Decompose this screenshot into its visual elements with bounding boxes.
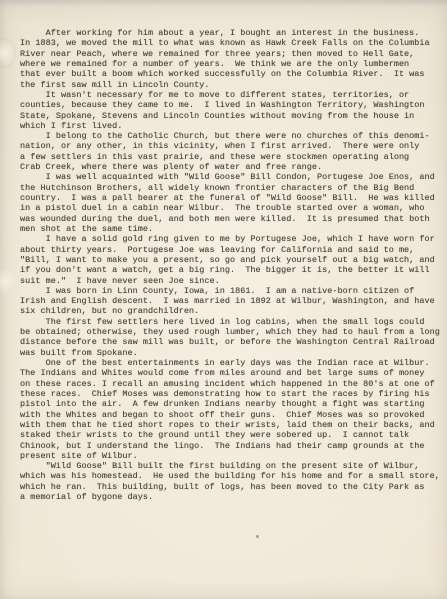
paragraph: I was born in Linn County, Iowa, in 1861… <box>20 286 444 317</box>
scanned-page: After working for him about a year, I bo… <box>0 0 447 599</box>
paper-smudge <box>0 40 14 66</box>
paragraph: It wasn't necessary for me to move to di… <box>20 90 444 131</box>
paragraph: I have a solid gold ring given to me by … <box>20 234 444 286</box>
typewritten-text-block: After working for him about a year, I bo… <box>20 28 444 502</box>
paragraph: The first few settlers here lived in log… <box>20 317 444 358</box>
ink-speck <box>256 535 259 538</box>
paragraph: I belong to the Catholic Church, but the… <box>20 131 444 172</box>
paragraph: After working for him about a year, I bo… <box>20 28 444 90</box>
paragraph: I was well acquainted with "Wild Goose" … <box>20 172 444 234</box>
paragraph: One of the best entertainments in early … <box>20 358 444 461</box>
paper-smudge <box>0 266 14 296</box>
paragraph: "Wild Goose" Bill built the first buildi… <box>20 461 444 502</box>
